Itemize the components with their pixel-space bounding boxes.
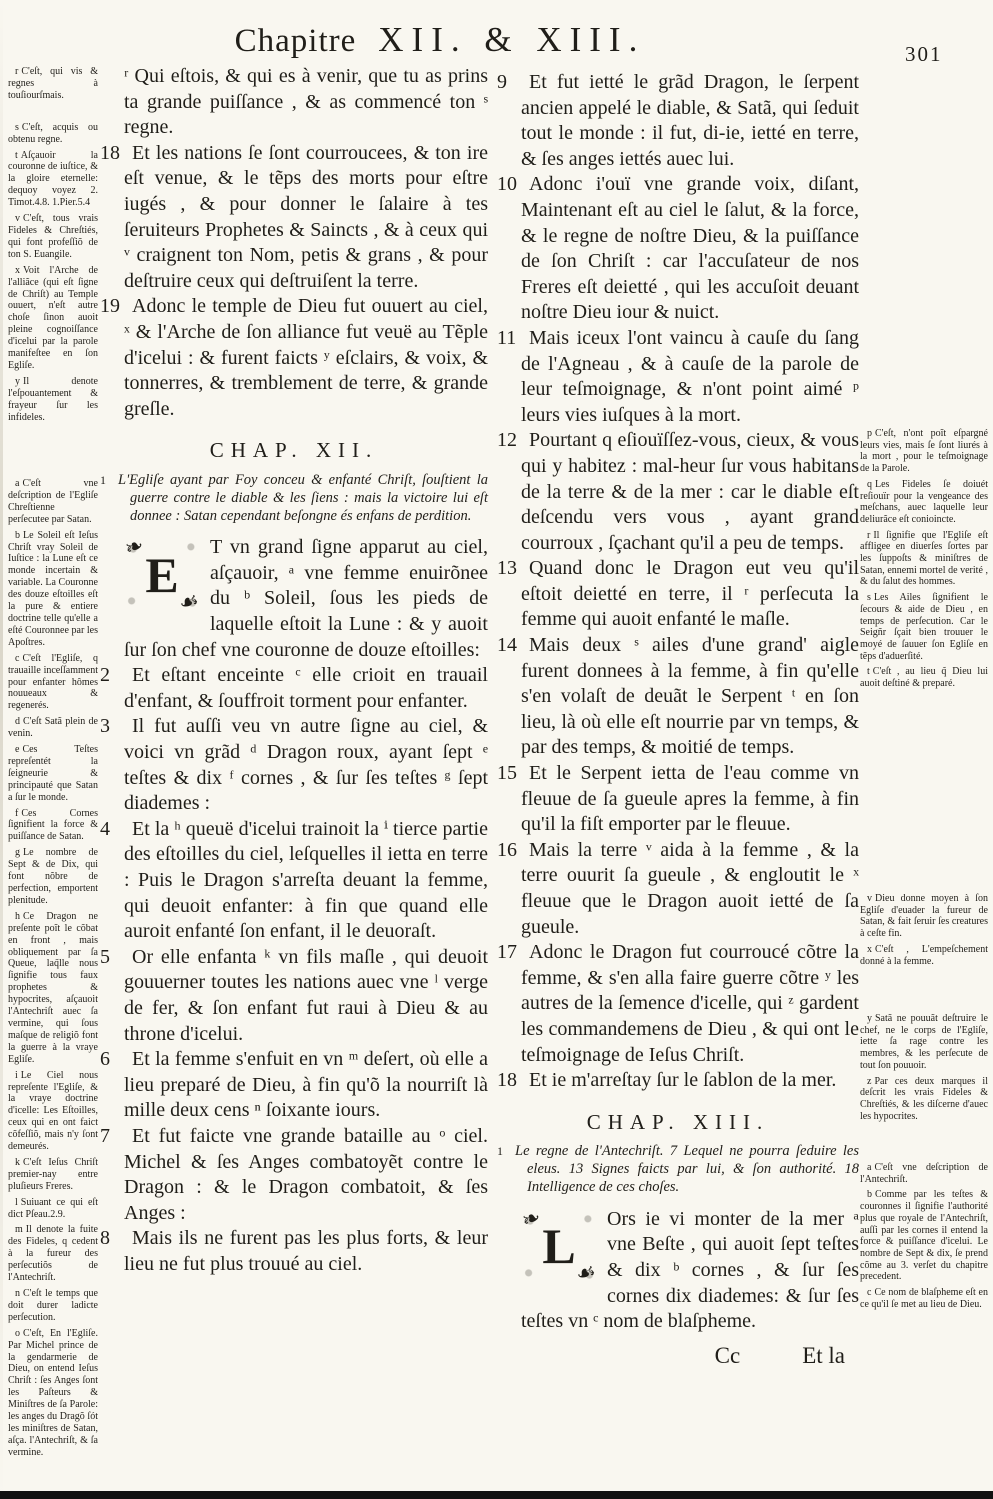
note-text: C'eſt, acquis ou obtenu regne. (8, 122, 98, 145)
verse: 9Et fut ietté le grãd Dragon, le ſerpent… (497, 70, 859, 172)
note-letter: c (15, 653, 19, 664)
verse: 15Et le Serpent ietta de l'eau comme vn … (497, 761, 859, 838)
verse-text: Mais la terre ᵛ aida à la femme , & la t… (521, 839, 859, 938)
margin-note: aC'eſt vne deſcription de l'Antechriſt. (860, 1162, 988, 1185)
verse-number: 5 (100, 945, 132, 971)
text-column-right: 9Et fut ietté le grãd Dragon, le ſerpent… (497, 70, 859, 1368)
note-letter: d (15, 716, 20, 727)
note-letter: n (15, 1288, 20, 1299)
margin-note: rIl ſignifie que l'Egliſe eſt affligee e… (860, 530, 988, 589)
running-title-chapters: XII. & XIII. (378, 20, 645, 59)
margin-note: zPar ces deux marques il deſcrit les vra… (860, 1076, 988, 1123)
note-letter: t (15, 150, 18, 161)
note-text: C'eſt , au lieu q̃ Dieu lui auoit deſtin… (860, 666, 988, 689)
note-text: Par ces deux marques il deſcrit les vrai… (860, 1076, 988, 1122)
verse-number: 12 (497, 428, 529, 454)
verse: 13Quand donc le Dragon eut veu qu'il eſt… (497, 556, 859, 633)
verse-text: Et fut ietté le grãd Dragon, le ſerpent … (521, 71, 859, 170)
verse-number: 7 (100, 1124, 132, 1150)
note-text: Ce nom de blaſpheme eſt en ce qu'il ſe m… (860, 1287, 988, 1310)
running-title-word: Chapitre (235, 23, 357, 59)
note-text: Les Fideles ſe doiuét reſiouïr pour la v… (860, 479, 988, 525)
note-text: Voit l'Arche de l'alliãce (qui eſt ſigne… (8, 265, 98, 371)
verse-with-dropcap: LOrs ie vi monter de la mer ᵃ vne Beſte … (497, 1207, 859, 1335)
note-letter: t (867, 666, 870, 677)
verse: 4Et la ʰ queuë d'icelui trainoit la ⁱ ti… (100, 817, 488, 945)
note-text: C'eſt, tous vrais Fideles & Chreſtiés, q… (8, 213, 98, 260)
verse-text: Et ie m'arreſtay ſur le ſablon de la mer… (529, 1069, 836, 1091)
note-text: Il ſignifie que l'Egliſe eſt affligee en… (860, 530, 988, 588)
note-letter: h (15, 911, 20, 922)
note-letter: k (15, 1157, 20, 1168)
note-letter: r (15, 66, 18, 77)
verse-text: Et la femme s'enfuit en vn ᵐ deſert, où … (124, 1048, 488, 1121)
verse: 7Et fut faicte vne grande bataille au ᵒ … (100, 1124, 488, 1226)
margin-note: rC'eſt, qui vis & regnes à touſiourſmais… (8, 66, 98, 102)
verse: 12Pourtant q eſiouïſſez-vous, cieux, & v… (497, 428, 859, 556)
verse: 10Adonc i'ouï vne grande voix, diſant, M… (497, 172, 859, 326)
verse-number: 13 (497, 556, 529, 582)
note-text: Le Ciel nous repreſente l'Egliſe, & la v… (8, 1070, 98, 1152)
note-letter: m (15, 1224, 23, 1235)
margin-note: xC'eſt , L'empeſchement donné à la femme… (860, 944, 988, 967)
right-margin-notes-group3: ySatã ne pouuãt deſtruire le chef, ne le… (860, 1013, 988, 1126)
note-letter: s (15, 122, 19, 133)
note-letter: g (15, 847, 20, 858)
verse-number: 8 (100, 1226, 132, 1252)
verse: 16Mais la terre ᵛ aida à la femme , & la… (497, 838, 859, 940)
note-letter: x (867, 944, 872, 955)
verse-text: Et les nations ſe ſont courroucees, & to… (124, 142, 488, 292)
signature-mark: Cc (715, 1343, 741, 1369)
verse-number: 16 (497, 838, 529, 864)
note-letter: s (867, 592, 871, 603)
note-text: Comme par les teſtes & couronnes il ſign… (860, 1189, 988, 1282)
verse: 17Adonc le Dragon fut courroucé cõtre la… (497, 940, 859, 1068)
verse-number: 18 (497, 1068, 529, 1094)
margin-note: cCe nom de blaſpheme eſt en ce qu'il ſe … (860, 1287, 988, 1310)
verse-text: Adonc le Dragon fut courroucé cõtre la f… (521, 941, 859, 1065)
verse-text: Adonc i'ouï vne grande voix, diſant, Mai… (521, 173, 859, 323)
margin-note: lSuiuant ce qui eſt dict Pſeau.2.9. (8, 1197, 98, 1221)
verse-text: Mais iceux l'ont vaincu à cauſe du ſang … (521, 327, 859, 426)
note-letter: o (15, 1328, 20, 1339)
margin-note: ySatã ne pouuãt deſtruire le chef, ne le… (860, 1013, 988, 1072)
drop-cap-initial: L (521, 1210, 597, 1284)
note-letter: e (15, 744, 19, 755)
note-text: C'eſt Ieſus Chriſt premier-nay entre plu… (8, 1157, 98, 1192)
verse-text: ʳ Qui eſtois, & qui es à venir, que tu a… (124, 65, 488, 138)
scan-bottom-edge (0, 1491, 993, 1499)
margin-note: tAſçauoir la couronne de iuſtice, & la g… (8, 150, 98, 210)
argument-text: L'Egliſe ayant par Foy conceu & enfanté … (118, 472, 488, 524)
margin-note: bLe Soleil eſt Ieſus Chriſt vray Soleil … (8, 530, 98, 649)
note-text: Suiuant ce qui eſt dict Pſeau.2.9. (8, 1197, 98, 1220)
verse-text: Or elle enfanta ᵏ vn fils maſle , qui de… (124, 946, 488, 1045)
note-text: C'eſt l'Egliſe, q trauaille inceſſamment… (8, 653, 98, 712)
chapter-heading: CHAP. XII. (100, 438, 488, 464)
verse-text: Et fut faicte vne grande bataille au ᵒ c… (124, 1125, 488, 1224)
verse: 8Mais ils ne furent pas les plus forts, … (100, 1226, 488, 1277)
note-letter: v (15, 213, 20, 224)
text-column-left: ʳ Qui eſtois, & qui es à venir, que tu a… (100, 64, 488, 1278)
verse-number: 2 (100, 663, 132, 689)
verse: 11Mais iceux l'ont vaincu à cauſe du ſan… (497, 326, 859, 428)
right-margin-notes-group1: pC'eſt, n'ont poĩt eſpargné leurs vies, … (860, 428, 988, 694)
note-letter: a (867, 1162, 871, 1173)
chapter-argument: 1Le regne de l'Antechriſt. 7 Lequel ne p… (497, 1143, 859, 1196)
note-letter: x (15, 265, 20, 276)
right-margin-notes-group2: vDieu donne moyen à ſon Egliſe d'euader … (860, 893, 988, 971)
note-text: Le Soleil eſt Ieſus Chriſt vray Soleil d… (8, 530, 98, 648)
chapter-argument: 1L'Egliſe ayant par Foy conceu & enfanté… (100, 472, 488, 525)
verse-number: 11 (497, 326, 529, 352)
margin-note: kC'eſt Ieſus Chriſt premier-nay entre pl… (8, 1157, 98, 1193)
verse: 18Et les nations ſe ſont courroucees, & … (100, 141, 488, 295)
note-text: C'eſt, En l'Egliſe. Par Michel prince de… (8, 1328, 98, 1458)
verse: 3Il fut auſſi veu vn autre ſigne au ciel… (100, 714, 488, 816)
verse-number: 4 (100, 817, 132, 843)
note-text: Dieu donne moyen à ſon Egliſe d'euader l… (860, 893, 988, 939)
margin-note: vDieu donne moyen à ſon Egliſe d'euader … (860, 893, 988, 940)
note-text: Ces Teſtes repreſentét la ſeigneurie & p… (8, 744, 98, 803)
margin-note: iLe Ciel nous repreſente l'Egliſe, & la … (8, 1070, 98, 1153)
note-letter: f (15, 808, 18, 819)
verse-number: 6 (100, 1047, 132, 1073)
verse: ʳ Qui eſtois, & qui es à venir, que tu a… (100, 64, 488, 141)
margin-note: sLes Ailes ſignifient le ſecours & aide … (860, 592, 988, 662)
note-text: Il denote l'eſpouantement & frayeur ſur … (8, 376, 98, 423)
running-title: Chapitre XII. & XIII. (90, 20, 790, 60)
note-letter: v (867, 893, 872, 904)
verse-with-dropcap: ET vn grand ſigne apparut au ciel, aſçau… (100, 535, 488, 663)
note-letter: z (867, 1076, 871, 1087)
argument-number: 1 (497, 1143, 515, 1161)
drop-cap-initial: E (124, 538, 200, 612)
argument-text: Le regne de l'Antechriſt. 7 Lequel ne po… (515, 1143, 859, 1195)
verse-text: Quand donc le Dragon eut veu qu'il eſtoi… (521, 557, 859, 630)
verse: 5Or elle enfanta ᵏ vn fils maſle , qui d… (100, 945, 488, 1047)
right-margin-notes-group4: aC'eſt vne deſcription de l'Antechriſt. … (860, 1162, 988, 1314)
note-text: C'eſt vne deſcription de l'Egliſe Chreſt… (8, 478, 98, 525)
note-text: C'eſt, n'ont poĩt eſpargné leurs vies, m… (860, 428, 988, 474)
chapter-heading: CHAP. XIII. (497, 1110, 859, 1136)
margin-note: cC'eſt l'Egliſe, q trauaille inceſſammen… (8, 653, 98, 713)
margin-note: oC'eſt, En l'Egliſe. Par Michel prince d… (8, 1328, 98, 1459)
margin-note: yIl denote l'eſpouantement & frayeur ſur… (8, 376, 98, 424)
verse: 14Mais deux ˢ ailes d'une grand' aigle f… (497, 633, 859, 761)
verse-text: Pourtant q eſiouïſſez-vous, cieux, & vou… (521, 429, 859, 553)
verse-number: 10 (497, 172, 529, 198)
verse: 6Et la femme s'enfuit en vn ᵐ deſert, où… (100, 1047, 488, 1124)
margin-note: pC'eſt, n'ont poĩt eſpargné leurs vies, … (860, 428, 988, 475)
verse-number: 3 (100, 714, 132, 740)
note-letter: c (867, 1287, 871, 1298)
note-letter: a (15, 478, 19, 489)
note-letter: q (867, 479, 872, 490)
verse: 19Adonc le temple de Dieu fut ouuert au … (100, 294, 488, 422)
verse-text: Mais ils ne furent pas les plus forts, &… (124, 1227, 488, 1275)
verse-text: Et le Serpent ietta de l'eau comme vn fl… (521, 762, 859, 835)
note-text: Satã ne pouuãt deſtruire le chef, ne le … (860, 1013, 988, 1071)
verse-number: 14 (497, 633, 529, 659)
note-text: Les Ailes ſignifient le ſecours & aide d… (860, 592, 988, 662)
margin-note: nC'eſt le temps que doit durer ladicte p… (8, 1288, 98, 1324)
note-text: Ces Cornes ſignifient la force & puiſſan… (8, 808, 98, 843)
scan-left-edge (0, 0, 3, 1499)
margin-note: qLes Fideles ſe doiuét reſiouïr pour la … (860, 479, 988, 526)
verse-number: 18 (100, 141, 132, 167)
catchword: Et la (802, 1343, 845, 1369)
margin-note: tC'eſt , au lieu q̃ Dieu lui auoit deſti… (860, 666, 988, 689)
left-margin-notes-group2: aC'eſt vne deſcription de l'Egliſe Chreſ… (8, 478, 98, 1463)
margin-note: vC'eſt, tous vrais Fideles & Chreſtiés, … (8, 213, 98, 261)
verse-number: 9 (497, 70, 529, 96)
note-text: Aſçauoir la couronne de iuſtice, & la gl… (8, 150, 98, 209)
margin-note: mIl denote la fuite des Fideles, q ceden… (8, 1224, 98, 1284)
margin-note: sC'eſt, acquis ou obtenu regne. (8, 122, 98, 146)
note-text: Le nombre de Sept & de Dix, qui font nõb… (8, 847, 98, 906)
note-text: C'eſt Satã plein de venin. (8, 716, 98, 739)
note-letter: b (867, 1189, 872, 1200)
book-page: Chapitre XII. & XIII. 301 rC'eſt, qui vi… (0, 0, 993, 1499)
page-number: 301 (905, 42, 943, 67)
note-text: C'eſt , L'empeſchement donné à la femme. (860, 944, 988, 967)
left-margin-notes-group1: rC'eſt, qui vis & regnes à touſiourſmais… (8, 66, 98, 427)
verse-number: 15 (497, 761, 529, 787)
verse-text: Mais deux ˢ ailes d'une grand' aigle fur… (521, 634, 859, 758)
note-letter: y (867, 1013, 872, 1024)
note-letter: r (867, 530, 870, 541)
note-letter: y (15, 376, 20, 387)
verse-text: Il fut auſſi veu vn autre ſigne au ciel,… (124, 715, 488, 814)
margin-note: xVoit l'Arche de l'alliãce (qui eſt ſign… (8, 265, 98, 372)
signature-row: Cc Et la (497, 1343, 859, 1369)
verse-text: Et eſtant enceinte ᶜ elle crioit en trau… (124, 664, 488, 712)
note-text: C'eſt vne deſcription de l'Antechriſt. (860, 1162, 988, 1185)
note-text: Ce Dragon ne preſente poĩt le cõbat en f… (8, 911, 98, 1065)
verse: 18Et ie m'arreſtay ſur le ſablon de la m… (497, 1068, 859, 1094)
margin-note: eCes Teſtes repreſentét la ſeigneurie & … (8, 744, 98, 804)
margin-note: fCes Cornes ſignifient la force & puiſſa… (8, 808, 98, 844)
note-letter: i (15, 1070, 18, 1081)
note-letter: p (867, 428, 872, 439)
note-letter: b (15, 530, 20, 541)
margin-note: aC'eſt vne deſcription de l'Egliſe Chreſ… (8, 478, 98, 526)
margin-note: hCe Dragon ne preſente poĩt le cõbat en … (8, 911, 98, 1066)
verse-number: 17 (497, 940, 529, 966)
margin-note: bComme par les teſtes & couronnes il ſig… (860, 1189, 988, 1283)
verse-text: Et la ʰ queuë d'icelui trainoit la ⁱ tie… (124, 818, 488, 942)
margin-note: dC'eſt Satã plein de venin. (8, 716, 98, 740)
argument-number: 1 (100, 472, 118, 490)
verse-number: 19 (100, 294, 132, 320)
note-text: C'eſt le temps que doit durer ladicte pe… (8, 1288, 98, 1323)
note-letter: l (15, 1197, 18, 1208)
note-text: C'eſt, qui vis & regnes à touſiourſmais. (8, 66, 98, 101)
verse-text: Adonc le temple de Dieu fut ouuert au ci… (124, 295, 488, 419)
verse: 2Et eſtant enceinte ᶜ elle crioit en tra… (100, 663, 488, 714)
margin-note: gLe nombre de Sept & de Dix, qui font nõ… (8, 847, 98, 907)
